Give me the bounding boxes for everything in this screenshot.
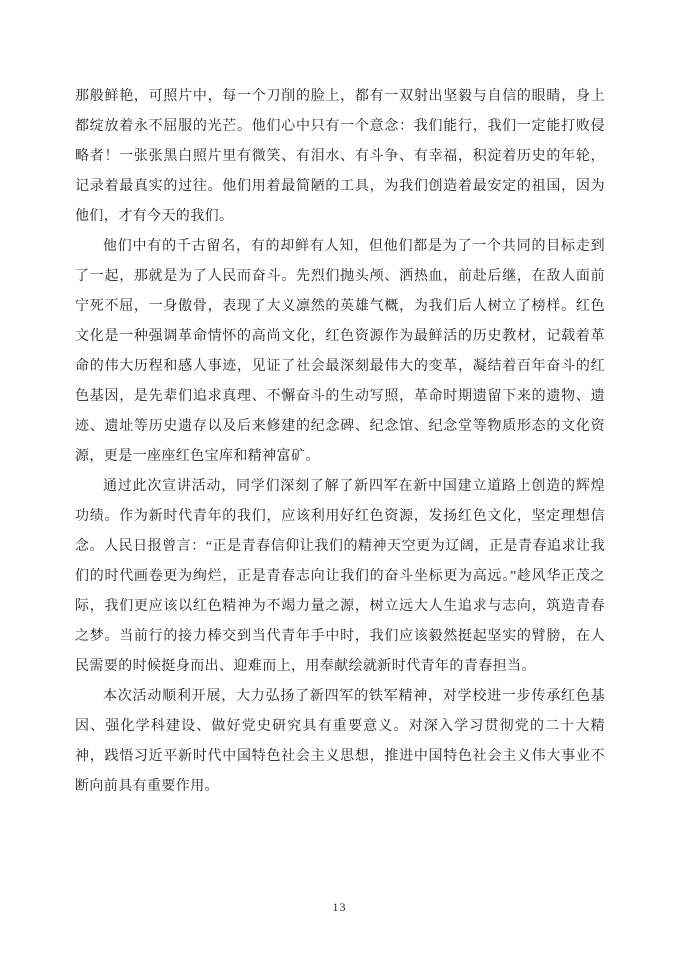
paragraph: 通过此次宣讲活动，同学们深刻了解了新四军在新中国建立道路上创造的辉煌功绩。作为新… [75, 472, 605, 682]
document-body: 那般鲜艳，可照片中，每一个刀削的脸上，都有一双射出坚毅与自信的眼睛，身上都绽放着… [75, 82, 605, 802]
document-page: 那般鲜艳，可照片中，每一个刀削的脸上，都有一双射出坚毅与自信的眼睛，身上都绽放着… [0, 0, 679, 957]
paragraph: 本次活动顺利开展，大力弘扬了新四军的铁军精神，对学校进一步传承红色基因、强化学科… [75, 682, 605, 802]
paragraph: 他们中有的千古留名，有的却鲜有人知，但他们都是为了一个共同的目标走到了一起，那就… [75, 232, 605, 472]
page-footer: 13 [0, 898, 679, 916]
page-number: 13 [333, 900, 347, 914]
paragraph-continuation: 那般鲜艳，可照片中，每一个刀削的脸上，都有一双射出坚毅与自信的眼睛，身上都绽放着… [75, 82, 605, 232]
